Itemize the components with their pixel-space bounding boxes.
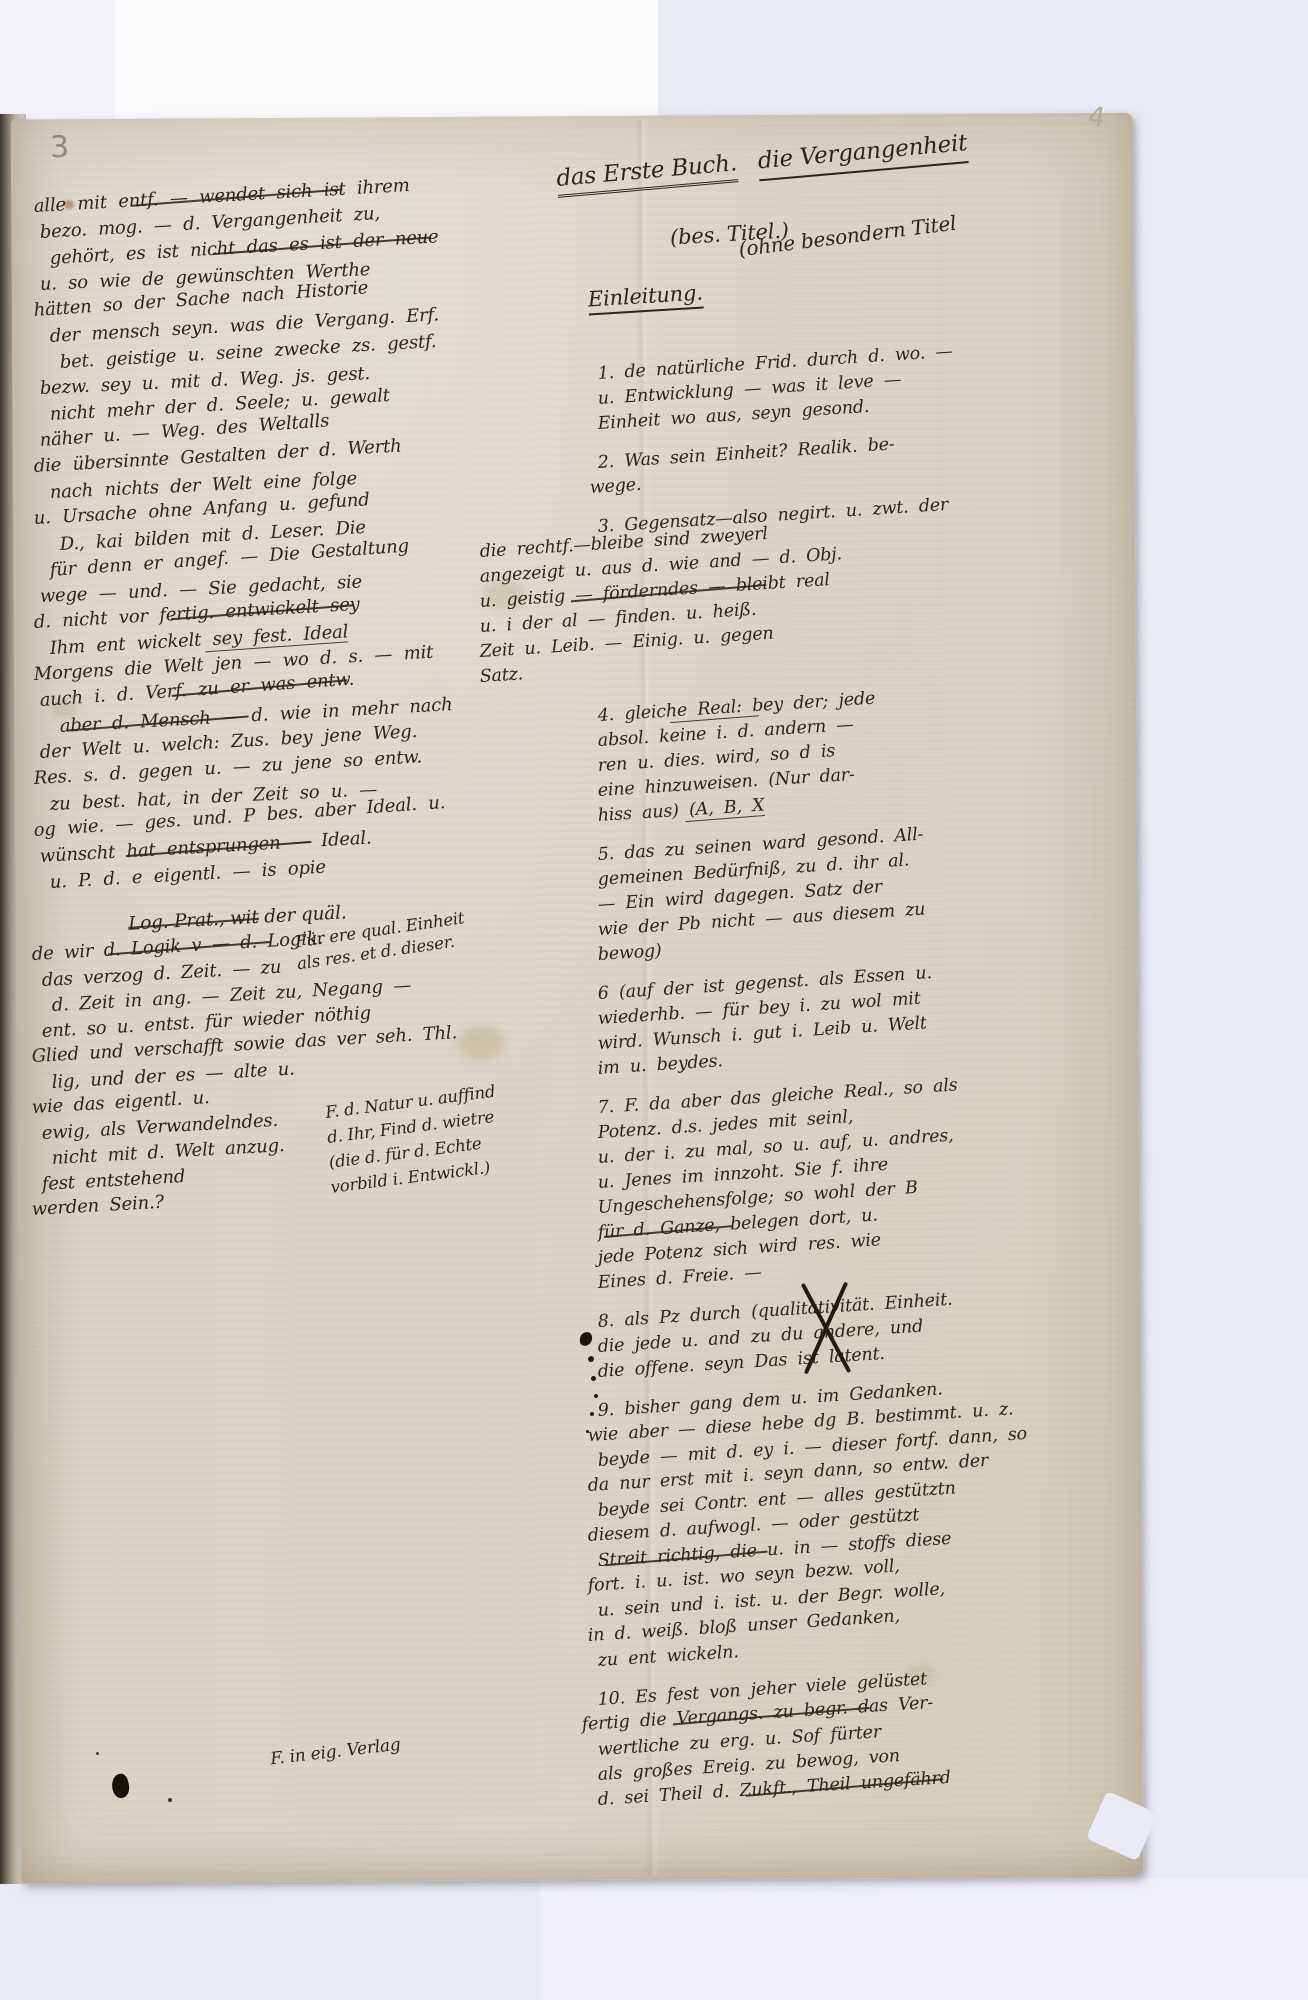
numbered-note-item-9: 9. bisher gang dem u. im Gedanken.wie ab… (470, 1399, 1150, 1674)
page-number-left: 3 (49, 130, 69, 166)
ink-drip-dot (594, 1394, 598, 1398)
numbered-note-item-2: 2. Was sein Einheit? Realik. be-wege. (470, 451, 1150, 501)
scan-backing-seam-bottom (540, 1878, 1308, 2000)
ink-drip-dot (590, 1412, 594, 1416)
ink-speck (168, 1798, 172, 1802)
manuscript-scan: 3 4 das Erste Buch. die Vergangenheit (b… (0, 0, 1308, 2000)
numbered-note-item-10: 10. Es fest von jeher viele gelüstetfert… (470, 1688, 1150, 1813)
numbered-note-item-6: 6 (auf der ist gegenst. als Essen u.wied… (470, 982, 1150, 1082)
scan-backing-seam-center (115, 0, 658, 120)
numbered-note-item-5: 5. das zu seinen ward gesond. All-gemein… (470, 843, 1150, 968)
ink-crossout-x-mark (796, 1282, 858, 1374)
handwritten-line: 2. Was sein Einheit? Realik. be- (597, 432, 895, 476)
ink-drip-dot (586, 1430, 589, 1433)
ink-speck (96, 1752, 99, 1755)
scan-backing-seam-left (0, 0, 115, 120)
ink-drip-dot (591, 1376, 596, 1381)
handwritten-line: wege. (589, 473, 642, 501)
numbered-note-item-4: 4. gleiche Real: bey der; jedeabsol. kei… (470, 704, 1150, 829)
right-column-numbered-notes: 1. de natürliche Frid. durch d. wo. —u. … (470, 362, 1150, 1827)
handwritten-line: bewog) (597, 939, 662, 968)
handwritten-line: Satz. (479, 662, 524, 690)
left-column-paragraph-1: alle mit entf. — wendet sich ist ihrembe… (34, 194, 474, 896)
ink-drip-dot (588, 1356, 594, 1362)
numbered-note-item-3: 3. Gegensatz—also negirt. u. zwt. derdie… (470, 515, 1150, 690)
numbered-note-item-1: 1. de natürliche Frid. durch d. wo. —u. … (470, 362, 1150, 437)
numbered-note-item-7: 7. F. da aber das gleiche Real., so alsP… (470, 1096, 1150, 1296)
